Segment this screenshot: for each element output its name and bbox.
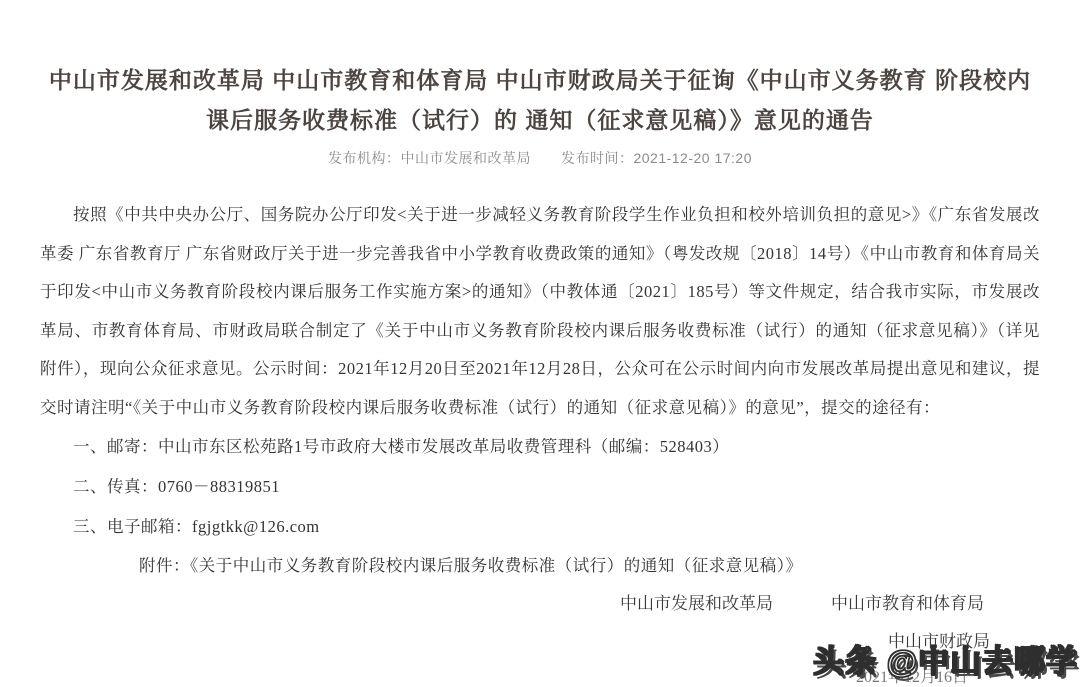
main-paragraph: 按照《中共中央办公厅、国务院办公厅印发<关于进一步减轻义务教育阶段学生作业负担和…: [40, 196, 1040, 427]
signature-line-1: 中山市发展和改革局中山市教育和体育局: [40, 585, 1040, 623]
channel-mail-line: 一、邮寄：中山市东区松苑路1号市政府大楼市发展改革局收费管理科（邮编：52840…: [40, 427, 1040, 467]
channel-fax-line: 二、传真：0760－88319851: [40, 467, 1040, 507]
publish-agency-label: 发布机构：: [328, 150, 401, 166]
signature-agency-fagaiju: 中山市发展和改革局: [620, 594, 773, 613]
attachment-line: 附件：《关于中山市义务教育阶段校内课后服务收费标准（试行）的通知（征求意见稿）》: [40, 547, 1040, 585]
page-title-line-1: 中山市发展和改革局 中山市教育和体育局 中山市财政局关于征询《中山市义务教育 阶…: [0, 60, 1080, 100]
page-title: 中山市发展和改革局 中山市教育和体育局 中山市财政局关于征询《中山市义务教育 阶…: [0, 0, 1080, 140]
publish-time-label: 发布时间：: [561, 150, 634, 166]
publish-time-value: 2021-12-20 17:20: [633, 150, 752, 166]
signature-agency-jiaotiju: 中山市教育和体育局: [831, 594, 984, 613]
channel-email-line: 三、电子邮箱：fgjgtkk@126.com: [40, 507, 1040, 547]
publish-agency-value: 中山市发展和改革局: [400, 150, 531, 166]
page-title-line-2: 课后服务收费标准（试行）的 通知（征求意见稿）》意见的通告: [0, 100, 1080, 140]
toutiao-watermark: 头条 @中山去哪学: [813, 636, 1078, 681]
publish-meta: 发布机构：中山市发展和改革局发布时间：2021-12-20 17:20: [0, 148, 1080, 168]
document-body: 按照《中共中央办公厅、国务院办公厅印发<关于进一步减轻义务教育阶段学生作业负担和…: [40, 196, 1040, 687]
document-page: 中山市发展和改革局 中山市教育和体育局 中山市财政局关于征询《中山市义务教育 阶…: [0, 0, 1080, 687]
